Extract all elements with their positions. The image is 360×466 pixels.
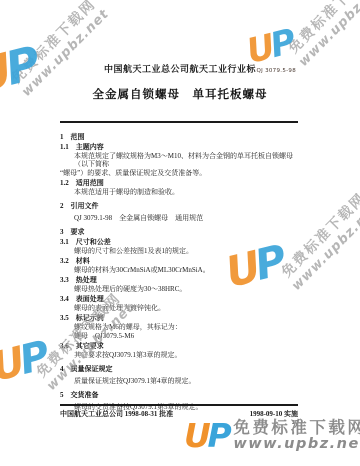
section: 5 交货准备螺母的交货准备按QJ3079.1第5章的规定。: [60, 391, 302, 411]
paragraph-line: 质量保证规定按QJ3079.1第4章的规定。: [60, 377, 302, 385]
section-heading: 3 要求: [60, 228, 302, 236]
implement-text: 1998-09-10 实施: [250, 409, 298, 419]
paragraph-line: “螺母”）的要求、质量保证规定及交货准备等。: [60, 169, 302, 177]
section-heading: 5 交货准备: [60, 391, 302, 399]
paragraph-line: 螺母的材料为30CrMnSiA或ML30CrMnSiA。: [60, 266, 302, 274]
doc-title: 全金属自锁螺母 单耳托板螺母: [0, 86, 360, 102]
section: 3.5 标记示例螺纹规格为M6的螺母，其标记为：螺母 QJ3079.5-M6: [60, 314, 302, 340]
section: 4 质量保证规定质量保证规定按QJ3079.1第4章的规定。: [60, 365, 302, 385]
paragraph-line: 螺母 QJ3079.5-M6: [60, 332, 302, 340]
section-heading: 3.2 材料: [60, 257, 302, 265]
footer-rule: [60, 404, 298, 406]
paragraph-line: 本规范适用于螺母的制造和验收。: [60, 188, 302, 196]
paragraph-line: 螺母的表面处理为镀锌钝化。: [60, 304, 302, 312]
watermark-site-url: www.upbz.net: [233, 436, 360, 452]
section-heading: 1 范围: [60, 133, 302, 141]
section: 1.2 适用范围本规范适用于螺母的制造和验收。: [60, 179, 302, 196]
paragraph-line: 本规范规定了螺纹规格为M3～M10、材料为合金钢的单耳托板自锁螺母（以下简称: [60, 152, 302, 168]
watermark-site-url: www.upbz.net: [277, 0, 360, 89]
section-heading: 4 质量保证规定: [60, 365, 302, 373]
section: 3.2 材料螺母的材料为30CrMnSiA或ML30CrMnSiA。: [60, 257, 302, 274]
section: 2 引用文件QJ 3079.1-98 全金属自锁螺母 通用规范: [60, 202, 302, 222]
section-heading: 2 引用文件: [60, 202, 302, 210]
approval-text: 中国航天工业总公司 1998-08-31 批准: [60, 409, 173, 419]
section: 3.6 其它要求其它要求按QJ3079.1第3章的规定。: [60, 342, 302, 359]
paragraph-line: 其它要求按QJ3079.1第3章的规定。: [60, 351, 302, 359]
section: 3.4 表面处理螺母的表面处理为镀锌钝化。: [60, 295, 302, 312]
section-heading: 3.3 热处理: [60, 276, 302, 284]
paragraph-line: 螺母的尺寸和公差按图1及表1的规定。: [60, 247, 302, 255]
section: 1.1 主题内容本规范规定了螺纹规格为M3～M10、材料为合金钢的单耳托板自锁螺…: [60, 143, 302, 177]
footer-row: 中国航天工业总公司 1998-08-31 批准 1998-09-10 实施: [60, 409, 298, 419]
section-heading: 1.1 主题内容: [60, 143, 302, 151]
section-heading: 3.1 尺寸和公差: [60, 238, 302, 246]
section-heading: 3.5 标记示例: [60, 314, 302, 322]
section: 3 要求: [60, 228, 302, 236]
watermark-top-right: 免费标准下载网 www.upbz.net: [266, 0, 360, 89]
section-heading: 1.2 适用范围: [60, 179, 302, 187]
standard-number: QJ 3079.5-98: [256, 68, 296, 74]
doc-org-line: 中国航天工业总公司航天工业行业标: [0, 62, 360, 75]
doc-body: 1 范围1.1 主题内容本规范规定了螺纹规格为M3～M10、材料为合金钢的单耳托…: [60, 127, 302, 411]
section: 1 范围: [60, 133, 302, 141]
up-logo-icon: UP: [0, 338, 49, 386]
section-heading: 3.4 表面处理: [60, 295, 302, 303]
page-number: 27: [60, 420, 298, 426]
section: 3.1 尺寸和公差螺母的尺寸和公差按图1及表1的规定。: [60, 238, 302, 255]
section: 3.3 热处理螺母热处理后的硬度为30～38HRC。: [60, 276, 302, 293]
header-rule: [60, 121, 298, 123]
paragraph-line: QJ 3079.1-98 全金属自锁螺母 通用规范: [60, 214, 302, 222]
paragraph-line: 螺纹规格为M6的螺母，其标记为：: [60, 323, 302, 331]
document-page: 中国航天工业总公司航天工业行业标 QJ 3079.5-98 全金属自锁螺母 单耳…: [0, 0, 360, 466]
section-heading: 3.6 其它要求: [60, 342, 302, 350]
paragraph-line: 螺母热处理后的硬度为30～38HRC。: [60, 285, 302, 293]
